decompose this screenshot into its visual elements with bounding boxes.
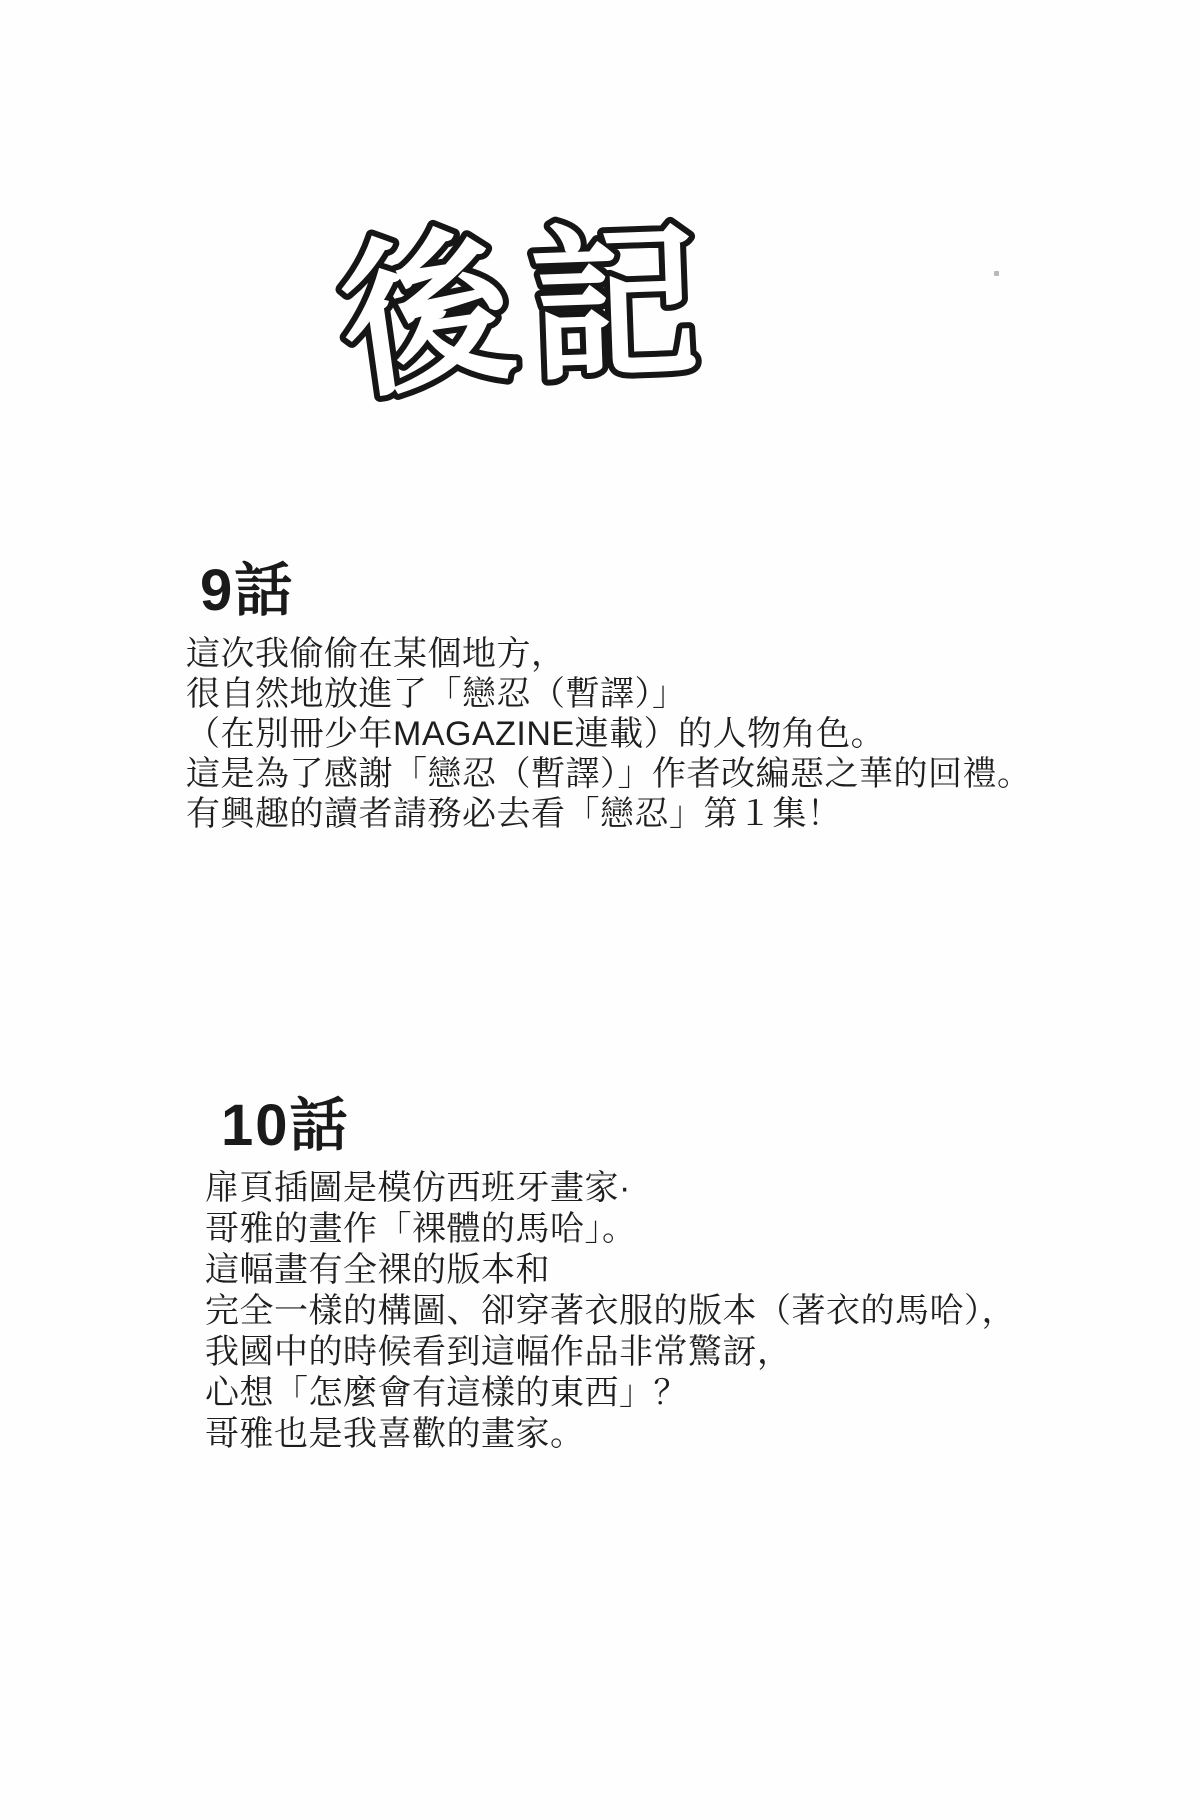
afterword-line: 心想「怎麼會有這樣的東西」？ [205,1373,1016,1414]
afterword-line: 這是為了感謝「戀忍（暫譯）」作者改編惡之華的回禮。 [186,754,1032,794]
afterword-page: 後 記 9話 這次我偷偷在某個地方， 很自然地放進了「戀忍（暫譯）」 （在別冊少… [0,0,1200,1820]
afterword-line: 我國中的時候看到這幅作品非常驚訝， [205,1332,1016,1373]
title-char-2: 記 [527,209,701,403]
page-title: 後 記 [330,205,750,415]
scan-artifact-dot [994,271,999,276]
afterword-line: 這次我偷偷在某個地方， [186,634,1032,674]
title-char-1: 後 [330,210,524,415]
section-heading-9: 9話 [200,543,294,627]
section-10-paragraph: 扉頁插圖是模仿西班牙畫家· 哥雅的畫作「裸體的馬哈」。 這幅畫有全裸的版本和 完… [205,1168,1016,1455]
title-outline-art: 後 記 [330,205,750,415]
afterword-line: 哥雅也是我喜歡的畫家。 [205,1414,1016,1455]
afterword-line: 有興趣的讀者請務必去看「戀忍」第１集！ [186,794,1032,834]
afterword-line: 完全一樣的構圖、卻穿著衣服的版本（著衣的馬哈）， [205,1291,1016,1332]
afterword-line: （在別冊少年MAGAZINE連載）的人物角色。 [186,714,1032,754]
afterword-line: 這幅畫有全裸的版本和 [205,1250,1016,1291]
section-heading-10: 10話 [221,1078,350,1162]
section-9-paragraph: 這次我偷偷在某個地方， 很自然地放進了「戀忍（暫譯）」 （在別冊少年MAGAZI… [186,634,1032,834]
afterword-line: 扉頁插圖是模仿西班牙畫家· [205,1168,1016,1209]
afterword-line: 哥雅的畫作「裸體的馬哈」。 [205,1209,1016,1250]
afterword-line: 很自然地放進了「戀忍（暫譯）」 [186,674,1032,714]
